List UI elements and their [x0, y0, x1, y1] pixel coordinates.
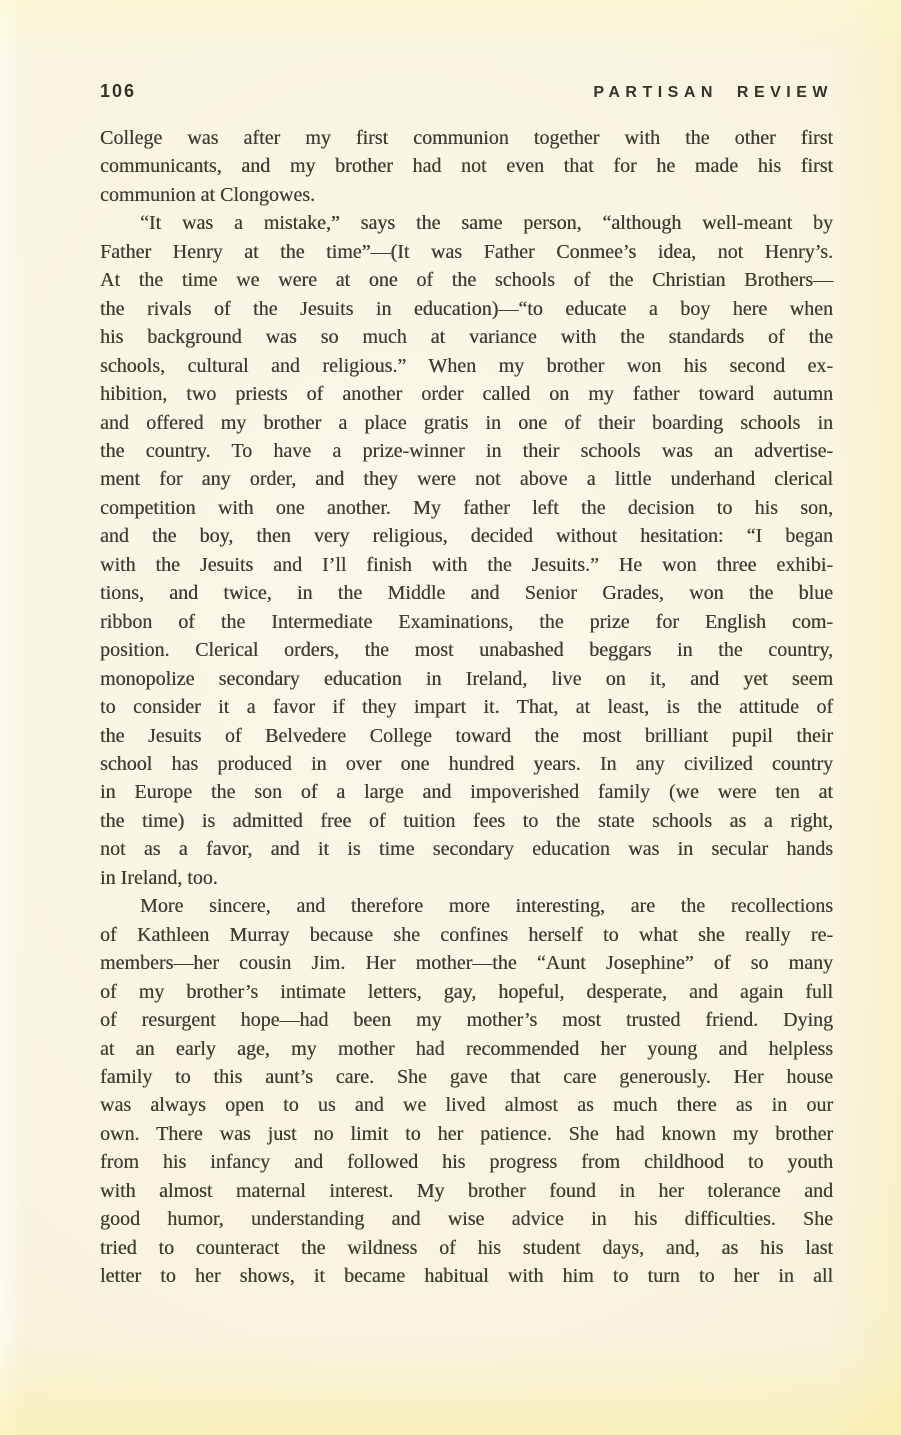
text-line: letter to her shows, it became habitual … — [100, 1262, 833, 1290]
text-line: own. There was just no limit to her pati… — [100, 1120, 833, 1148]
text-line: Father Henry at the time”—(It was Father… — [100, 238, 833, 266]
text-line: his background was so much at variance w… — [100, 323, 833, 351]
text-line: at an early age, my mother had recommend… — [100, 1035, 833, 1063]
text-line: the Jesuits of Belvedere College toward … — [100, 722, 833, 750]
paragraph-2: “It was a mistake,” says the same person… — [100, 209, 833, 892]
text-line: the time) is admitted free of tuition fe… — [100, 807, 833, 835]
text-line: communicants, and my brother had not eve… — [100, 152, 833, 180]
text-line: the country. To have a prize-winner in t… — [100, 437, 833, 465]
text-line: of resurgent hope—had been my mother’s m… — [100, 1006, 833, 1034]
text-line: school has produced in over one hundred … — [100, 750, 833, 778]
text-line: tried to counteract the wildness of his … — [100, 1234, 833, 1262]
text-line: in Ireland, too. — [100, 864, 833, 892]
text-line: was always open to us and we lived almos… — [100, 1091, 833, 1119]
text-line: monopolize secondary education in Irelan… — [100, 665, 833, 693]
text-line: competition with one another. My father … — [100, 494, 833, 522]
text-line: communion at Clongowes. — [100, 181, 833, 209]
text-line: ment for any order, and they were not ab… — [100, 465, 833, 493]
scanned-book-page: 106 PARTISAN REVIEW College was after my… — [0, 0, 901, 1435]
text-line: of my brother’s intimate letters, gay, h… — [100, 978, 833, 1006]
journal-title: PARTISAN REVIEW — [593, 84, 833, 102]
text-line: schools, cultural and religious.” When m… — [100, 352, 833, 380]
running-head: 106 PARTISAN REVIEW — [100, 81, 833, 102]
text-line: from his infancy and followed his progre… — [100, 1148, 833, 1176]
text-line: to consider it a favor if they impart it… — [100, 693, 833, 721]
text-line: position. Clerical orders, the most unab… — [100, 636, 833, 664]
page-number: 106 — [100, 81, 136, 102]
page-content: 106 PARTISAN REVIEW College was after my… — [100, 81, 833, 1291]
text-line: At the time we were at one of the school… — [100, 266, 833, 294]
text-line: not as a favor, and it is time secondary… — [100, 835, 833, 863]
text-line: members—her cousin Jim. Her mother—the “… — [100, 949, 833, 977]
text-line: family to this aunt’s care. She gave tha… — [100, 1063, 833, 1091]
text-line: good humor, understanding and wise advic… — [100, 1205, 833, 1233]
text-line: “It was a mistake,” says the same person… — [100, 209, 833, 237]
text-line: More sincere, and therefore more interes… — [100, 892, 833, 920]
body-text: College was after my first communion tog… — [100, 124, 833, 1291]
text-line: with the Jesuits and I’ll finish with th… — [100, 551, 833, 579]
text-line: tions, and twice, in the Middle and Seni… — [100, 579, 833, 607]
text-line: with almost maternal interest. My brothe… — [100, 1177, 833, 1205]
paragraph-3: More sincere, and therefore more interes… — [100, 892, 833, 1290]
text-line: and offered my brother a place gratis in… — [100, 409, 833, 437]
text-line: College was after my first communion tog… — [100, 124, 833, 152]
text-line: ribbon of the Intermediate Examinations,… — [100, 608, 833, 636]
text-line: and the boy, then very religious, decide… — [100, 522, 833, 550]
text-line: in Europe the son of a large and impover… — [100, 778, 833, 806]
text-line: of Kathleen Murray because she confines … — [100, 921, 833, 949]
text-line: hibition, two priests of another order c… — [100, 380, 833, 408]
paragraph-1: College was after my first communion tog… — [100, 124, 833, 209]
text-line: the rivals of the Jesuits in education)—… — [100, 295, 833, 323]
